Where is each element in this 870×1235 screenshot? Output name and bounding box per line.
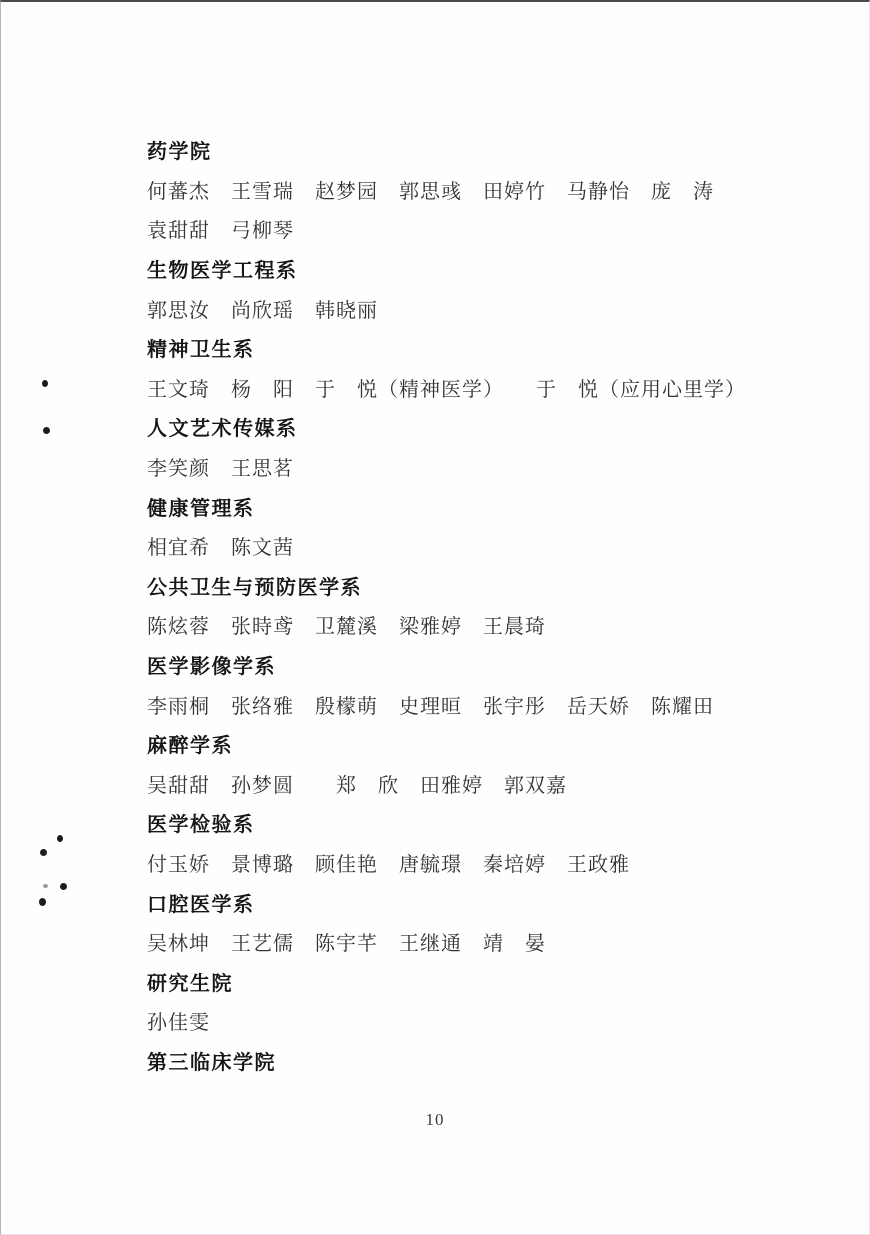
name-row: 郭思汝 尚欣瑶 韩晓丽 [147, 288, 829, 328]
name-row: 吴甜甜 孙梦圆 郑 欣 田雅婷 郭双嘉 [147, 764, 829, 804]
name-row: 孙佳雯 [147, 1001, 829, 1041]
name-row: 付玉娇 景博璐 顾佳艳 唐毓璟 秦培婷 王政雅 [147, 843, 829, 883]
section-heading: 麻醉学系 [147, 724, 829, 764]
section-heading: 第三临床学院 [147, 1041, 829, 1081]
scan-artifact-dot [43, 427, 50, 434]
section-heading: 健康管理系 [147, 486, 829, 526]
scan-artifact-dot [42, 380, 48, 387]
name-row: 吴林坤 王艺儒 陈宇芊 王继通 靖 晏 [147, 922, 829, 962]
section-heading: 医学影像学系 [147, 645, 829, 685]
section-heading: 公共卫生与预防医学系 [147, 566, 829, 606]
document-content: 药学院 何蕃杰 王雪瑞 赵梦园 郭思彧 田婷竹 马静怡 庞 涛 袁甜甜 弓柳琴 … [147, 130, 829, 1080]
scan-artifact-dot [39, 898, 46, 906]
section-heading: 药学院 [147, 130, 829, 170]
name-row: 李笑颜 王思茗 [147, 447, 829, 487]
scanned-document-page: 药学院 何蕃杰 王雪瑞 赵梦园 郭思彧 田婷竹 马静怡 庞 涛 袁甜甜 弓柳琴 … [0, 0, 870, 1235]
section-heading: 精神卫生系 [147, 328, 829, 368]
name-row: 袁甜甜 弓柳琴 [147, 209, 829, 249]
scan-artifact-dot [43, 884, 48, 888]
name-row: 李雨桐 张络雅 殷檬萌 史理晅 张宇彤 岳天娇 陈耀田 [147, 684, 829, 724]
scan-artifact-dot [60, 883, 67, 890]
page-number: 10 [1, 1110, 869, 1130]
scan-artifact-dot [57, 835, 63, 842]
section-heading: 口腔医学系 [147, 882, 829, 922]
name-row: 陈炫蓉 张時鸢 卫麓溪 梁雅婷 王晨琦 [147, 605, 829, 645]
section-heading: 医学检验系 [147, 803, 829, 843]
section-heading: 研究生院 [147, 961, 829, 1001]
scan-artifact-dot [40, 849, 47, 856]
section-heading: 生物医学工程系 [147, 249, 829, 289]
name-row: 王文琦 杨 阳 于 悦（精神医学） 于 悦（应用心里学） [147, 368, 829, 408]
section-heading: 人文艺术传媒系 [147, 407, 829, 447]
name-row: 相宜希 陈文茜 [147, 526, 829, 566]
name-row: 何蕃杰 王雪瑞 赵梦园 郭思彧 田婷竹 马静怡 庞 涛 [147, 170, 829, 210]
